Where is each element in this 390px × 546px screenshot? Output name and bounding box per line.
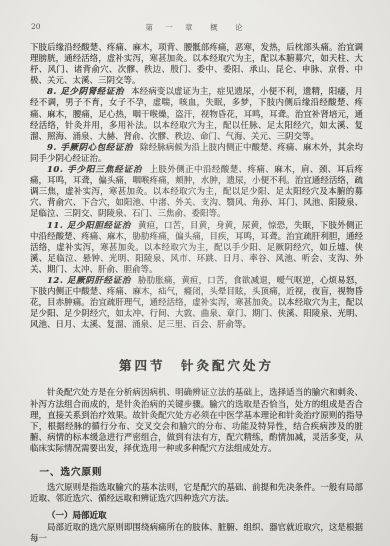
section-heading-12: 12. 足厥阴肝经证治 [47, 276, 138, 286]
section-heading-9: 9. 手厥阴心包经证治 [47, 143, 140, 153]
section-paragraph-9: 9. 手厥阴心包经证治除经脉病候为沿上肢内侧正中酸楚、疼痛、麻木外，其余均同手少… [30, 143, 363, 165]
scanned-book-page: 20 第 一 章 概 论 下肢后缘沿经酸楚、疼痛、麻木，项背、腰骶部疼痛，恶寒，… [0, 0, 390, 546]
section-heading-8: 8. 足少阴肾经证治 [47, 87, 131, 97]
section-paragraph-11: 11. 足少阳胆经证治黄疸，口苦，目黄，身黄，尿黄，惊恐，失眠，下肢外侧正中沿经… [30, 221, 363, 276]
section-paragraph-8: 8. 足少阴肾经证治本经病变以虚证为主，症见遗尿，小便不利，遗精，阳痿，月经不调… [30, 87, 363, 142]
page-header: 20 第 一 章 概 论 [30, 22, 363, 34]
section4-title: 第四节 针灸配穴处方 [30, 356, 363, 374]
section-heading-10: 10. 手少阳三焦经证治 [47, 165, 149, 175]
page-number: 20 [31, 22, 41, 31]
section-paragraph-12: 12. 足厥阴肝经证治胁肋胀痛，黄疸，口苦，食欲减退，嗳气呕逆，心烦易怒，下肢内… [30, 276, 363, 331]
section-paragraph-10: 10. 手少阳三焦经证治上肢外侧正中沿经酸楚、疼痛、麻木，肩、颈、耳后疼痛，耳鸣… [30, 165, 363, 220]
section-heading-11: 11. 足少阳胆经证治 [47, 221, 138, 231]
subsection-heading-local-point-selection: （一）局部近取 [30, 509, 363, 521]
subsection-paragraph-local-point-selection: 局部近取的选穴原则即围绕病痛所在的肢体、脏腑、组织、器官就近取穴，这是根据每一 [30, 523, 363, 545]
section4-intro-paragraph: 针灸配穴处方是在分析病因病机、明确辨证立法的基础上，选择适当的腧穴和刺灸、补泻方… [30, 388, 363, 455]
subsection-heading-selection-principles: 一、选穴原则 [30, 464, 363, 478]
subsection-paragraph-selection-principles: 选穴原则是指选取腧穴的基本法则，它是配穴的基础、前提和先决条件。一般有局部近取、… [30, 483, 363, 505]
continuation-paragraph: 下肢后缘沿经酸楚、疼痛、麻木，项背、腰骶部疼痛，恶寒，发热，后枕部头痛。治宜调理… [30, 43, 363, 87]
chapter-title: 第 一 章 概 论 [145, 23, 247, 32]
